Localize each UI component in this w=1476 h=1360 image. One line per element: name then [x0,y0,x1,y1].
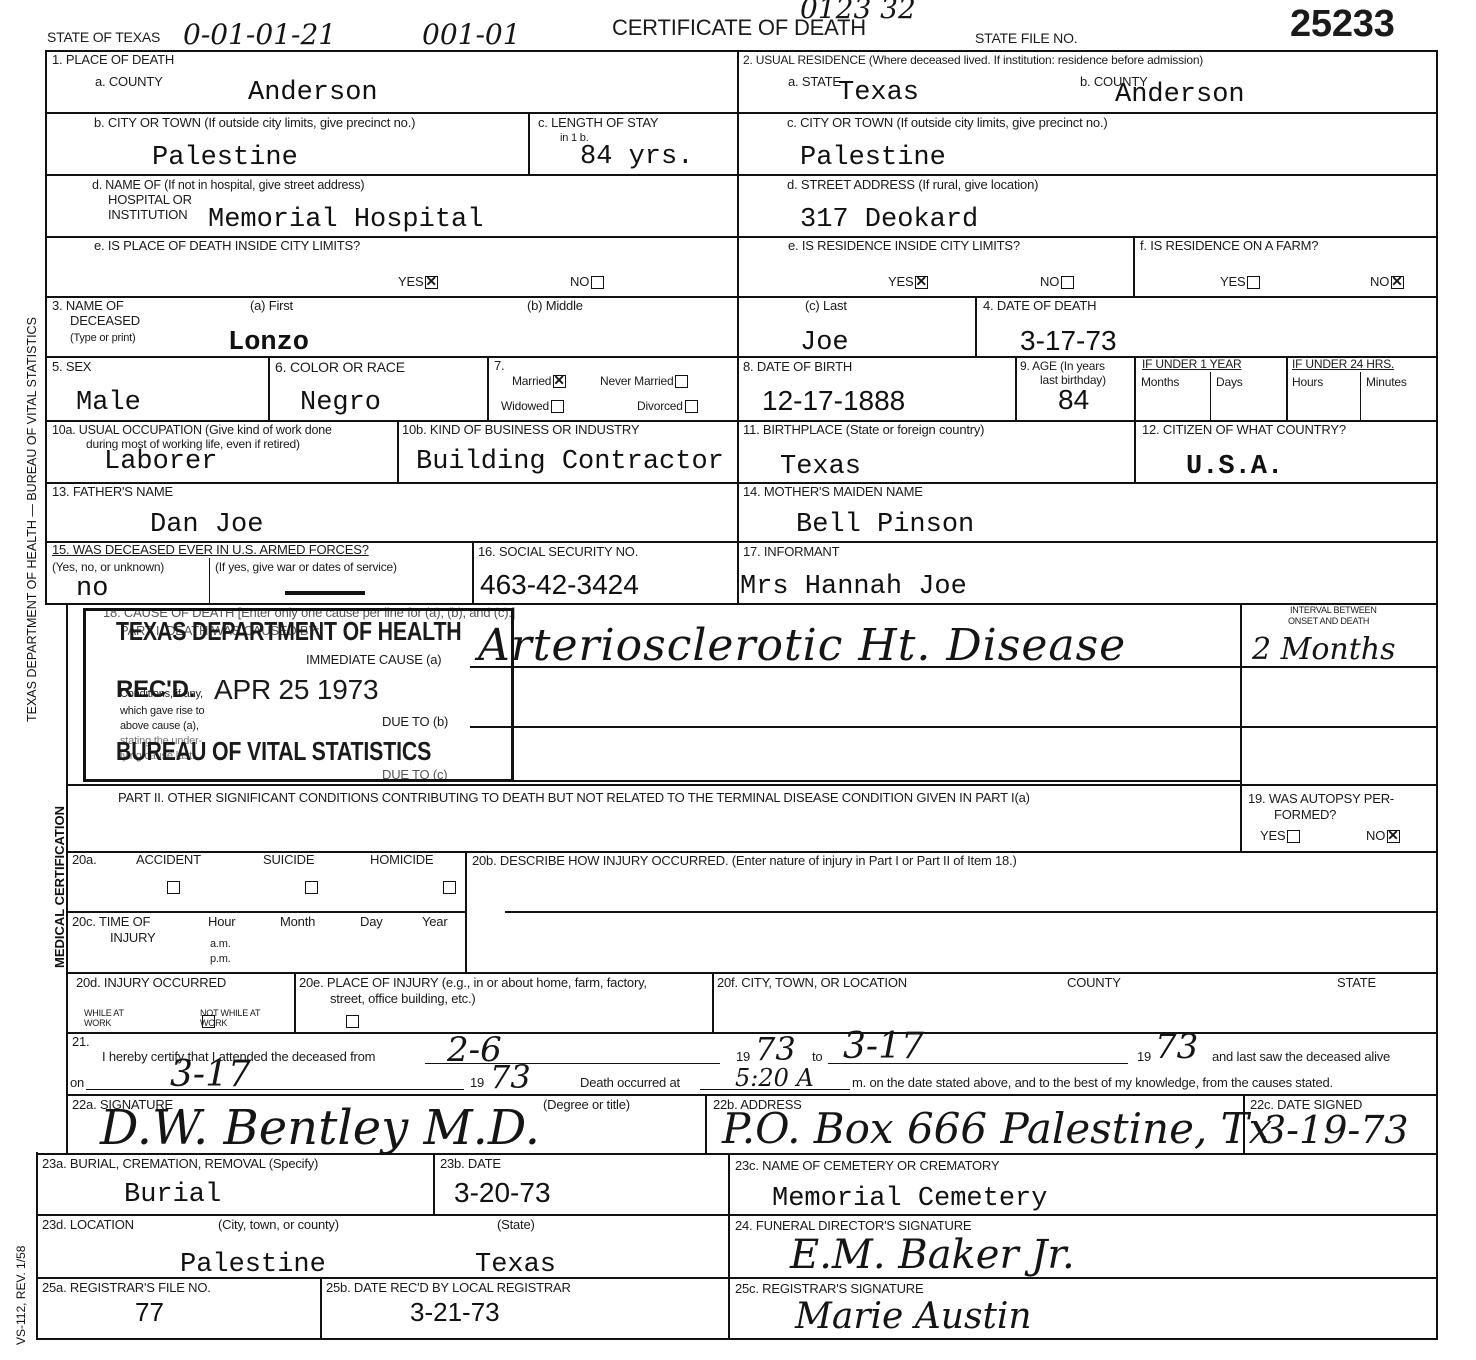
attended-to-year: 73 [1155,1027,1198,1067]
injury-occurred-label: 20d. INJURY OCCURRED [76,976,226,990]
injury-location-label: 20f. CITY, TOWN, OR LOCATION [717,976,907,990]
funeral-director-label: 24. FUNERAL DIRECTOR'S SIGNATURE [735,1219,971,1233]
divorced-option[interactable]: Divorced [637,400,698,413]
injury-county-label: COUNTY [1067,976,1121,990]
never-married-label: Never Married [600,374,673,388]
no-label: NO [1040,274,1059,289]
registrar-file-label: 25a. REGISTRAR'S FILE NO. [42,1281,211,1295]
birthplace-value: Texas [780,452,861,482]
dob-value: 12-17-1888 [762,386,905,416]
age-value: 84 [1058,385,1089,415]
funeral-director-signature: E.M. Baker Jr. [790,1232,1075,1278]
registrar-file-value: 77 [135,1297,164,1327]
mother-value: Bell Pinson [796,510,974,540]
homicide-checkbox[interactable] [443,881,456,894]
service-dash [285,591,365,595]
part2-label: PART II. OTHER SIGNIFICANT CONDITIONS CO… [118,791,1030,805]
rule [705,1094,707,1154]
rule [470,780,1240,782]
res-city-value: Palestine [800,143,946,173]
married-label: Married [512,374,551,388]
degree-label: (Degree or title) [543,1098,630,1112]
form-number: VS-112, REV. 1/58 [14,1246,28,1345]
frame-left-lower [36,1152,38,1338]
death-inside-yes[interactable]: YES [398,275,438,289]
rule [1210,372,1211,420]
homicide-label: HOMICIDE [370,853,433,867]
widowed-option[interactable]: Widowed [501,400,564,413]
father-label: 13. FATHER'S NAME [52,485,173,499]
stamp-department: TEXAS DEPARTMENT OF HEALTH [116,617,462,645]
ssn-label: 16. SOCIAL SECURITY NO. [478,545,638,559]
checkbox-empty[interactable] [551,400,564,413]
citizen-value: U.S.A. [1186,452,1283,482]
rule [86,1089,464,1090]
describe-injury-label: 20b. DESCRIBE HOW INJURY OCCURRED. (Ente… [472,854,1017,868]
father-value: Dan Joe [150,510,263,540]
armed-sub-1: (Yes, no, or unknown) [52,561,164,573]
sex-label: 5. SEX [52,360,91,374]
armed-forces-label: 15. WAS DECEASED EVER IN U.S. ARMED FORC… [52,543,369,557]
year-label: Year [422,915,447,929]
rule [397,420,399,482]
place-of-injury-label-2: street, office building, etc.) [330,992,476,1006]
autopsy-yes[interactable]: YES [1260,829,1300,843]
rule [728,1153,730,1338]
checkbox-checked[interactable] [425,276,438,289]
death-inside-limits-label: e. IS PLACE OF DEATH INSIDE CITY LIMITS? [94,239,360,253]
date-of-death-value: 3-17-73 [1020,326,1117,356]
res-inside-limits-label: e. IS RESIDENCE INSIDE CITY LIMITS? [788,239,1020,253]
rule [975,296,977,356]
under-year-label: IF UNDER 1 YEAR [1142,358,1241,370]
res-state-label: a. STATE [788,75,841,89]
checkbox-empty[interactable] [1061,276,1074,289]
autopsy-label: 19. WAS AUTOPSY PER- [1248,792,1394,806]
frame-left-medical [66,605,68,1155]
physician-address: P.O. Box 666 Palestine, Tx [722,1104,1272,1153]
place-of-injury-label: 20e. PLACE OF INJURY (e.g., in or about … [299,976,647,990]
checkbox-empty[interactable] [675,375,688,388]
checkbox-empty[interactable] [685,400,698,413]
hospital-value: Memorial Hospital [208,205,483,235]
res-city-label: c. CITY OR TOWN (If outside city limits,… [787,116,1108,130]
checkbox-checked[interactable] [1391,276,1404,289]
rule [45,174,1438,176]
dob-label: 8. DATE OF BIRTH [743,360,852,374]
marital-label: 7. [494,359,504,373]
hours-label: Hours [1292,376,1323,388]
under-24-label: IF UNDER 24 HRS. [1292,358,1394,370]
race-label: 6. COLOR OR RACE [275,360,405,374]
length-of-stay-label: c. LENGTH OF STAY [538,116,658,130]
frame-right [1436,50,1438,1340]
cemetery-value: Memorial Cemetery [772,1184,1047,1214]
place-of-death-label: 1. PLACE OF DEATH [52,53,174,67]
am-label: a.m. [210,938,231,950]
frame-bottom [36,1338,1438,1340]
death-time: 5:20 A [735,1064,814,1092]
interval-label-1: INTERVAL BETWEEN [1290,605,1377,615]
immediate-cause-value: Arteriosclerotic Ht. Disease [478,620,1126,671]
death-inside-no[interactable]: NO [570,275,604,289]
rule [737,296,739,356]
not-while-at-work-checkbox[interactable] [346,1015,359,1028]
age-label: 9. AGE (In years [1020,360,1105,372]
rule [433,1153,435,1215]
registrar-signature: Marie Austin [795,1296,1032,1337]
rule [1360,372,1361,420]
pm-label: p.m. [210,953,231,965]
location-state-label: (State) [497,1218,535,1232]
res-inside-yes[interactable]: YES [888,275,928,289]
stamp-received-date: APR 25 1973 [214,675,378,705]
stamp-bureau: BUREAU OF VITAL STATISTICS [116,737,431,765]
death-time-suffix-text: m. on the date stated above, and to the … [852,1076,1333,1090]
business-label: 10b. KIND OF BUSINESS OR INDUSTRY [402,423,639,437]
rule [209,558,210,605]
business-value: Building Contractor [416,447,724,477]
death-occurred-label: Death occurred at [580,1076,680,1090]
race-value: Negro [300,388,381,418]
accident-label: ACCIDENT [136,853,201,867]
frame-top [45,50,1438,52]
frame-left-upper [45,50,47,605]
location-state-value: Texas [475,1250,556,1280]
month-label: Month [280,915,315,929]
married-option[interactable]: Married [512,375,566,388]
stamp-received-prefix: REC'D. [116,677,195,703]
rule [1133,236,1135,296]
hospital-label: d. NAME OF (If not in hospital, give str… [92,178,364,192]
days-label: Days [1216,376,1243,388]
last-name-value: Joe [800,328,849,358]
day-label: Day [360,915,383,929]
label-21: 21. [72,1035,89,1049]
suicide-label: SUICIDE [263,853,314,867]
checkbox-checked[interactable] [553,375,566,388]
date-signed-value: 3-19-73 [1262,1108,1409,1152]
checkbox-checked[interactable] [1387,830,1400,843]
rule [1134,420,1136,482]
middle-name-label: (b) Middle [527,299,583,313]
informant-label: 17. INFORMANT [743,545,839,559]
checkbox-checked[interactable] [915,276,928,289]
rule [470,726,1240,728]
yes-label: YES [1260,828,1285,843]
physician-signature: D.W. Bentley M.D. [100,1100,540,1156]
rule [36,1277,1438,1279]
yes-label: YES [888,274,913,289]
rule [712,972,714,1032]
occupation-label: 10a. USUAL OCCUPATION (Give kind of work… [52,423,332,437]
death-city-label: b. CITY OR TOWN (If outside city limits,… [94,116,415,130]
last-saw-text: and last saw the deceased alive [1212,1050,1390,1064]
farm-label: f. IS RESIDENCE ON A FARM? [1140,239,1318,253]
death-county-value: Anderson [248,78,378,108]
rule [487,356,489,420]
rule [66,784,1436,786]
citizen-label: 12. CITIZEN OF WHAT COUNTRY? [1142,423,1346,437]
checkbox-empty[interactable] [1247,276,1260,289]
rule [45,112,1438,114]
date-of-death-label: 4. DATE OF DEATH [983,299,1096,313]
side-label-department: TEXAS DEPARTMENT OF HEALTH — BUREAU OF V… [25,317,39,722]
state-of-texas-label: STATE OF TEXAS [47,30,160,44]
not-while-at-work-option[interactable]: NOT WHILE AT WORK [200,1008,264,1028]
last-name-label: (c) Last [805,299,847,313]
ssn-value: 463-42-3424 [480,570,639,600]
length-of-stay-value: 84 yrs. [580,142,693,172]
autopsy-label-2: FORMED? [1274,808,1336,822]
rule [66,972,1436,974]
burial-date-label: 23b. DATE [440,1157,501,1171]
last-seen-date: 3-17 [170,1054,251,1095]
name-label-2: DECEASED [70,314,140,328]
informant-value: Mrs Hannah Joe [740,572,967,602]
no-label: NO [1366,828,1385,843]
name-label: 3. NAME OF [52,299,124,313]
rule [1240,726,1436,728]
received-stamp: TEXAS DEPARTMENT OF HEALTH REC'D. APR 25… [83,608,514,782]
location-city-label: (City, town, or county) [218,1218,339,1232]
street-address-label: d. STREET ADDRESS (If rural, give locati… [787,178,1038,192]
while-at-work-option[interactable]: WHILE AT WORK [84,1008,144,1028]
year-prefix-1: 19 [736,1050,750,1064]
last-seen-year: 73 [490,1058,531,1096]
rule [320,1277,322,1338]
street-address-value: 317 Deokard [800,205,978,235]
checkbox-empty[interactable] [591,276,604,289]
rule [1240,603,1242,853]
accident-checkbox[interactable] [167,881,180,894]
farm-yes[interactable]: YES [1220,275,1260,289]
location-label: 23d. LOCATION [42,1218,134,1232]
attended-to-date: 3-17 [843,1026,924,1067]
yes-label: YES [1220,274,1245,289]
on-label: on [70,1076,84,1090]
armed-sub-2: (If yes, give war or dates of service) [215,561,397,573]
not-while-at-work-label: NOT WHILE AT WORK [200,1008,260,1028]
attended-from-year: 73 [755,1030,796,1068]
res-county-value: Anderson [1115,80,1245,110]
handwritten-code-1: 0-01-01-21 [183,18,336,51]
mother-label: 14. MOTHER'S MAIDEN NAME [743,485,923,499]
interval-value: 2 Months [1252,632,1396,667]
rule [1286,356,1288,420]
farm-no[interactable]: NO [1370,275,1404,289]
handwritten-code-2: 001-01 [422,18,521,51]
to-label: to [812,1050,822,1064]
burial-date-value: 3-20-73 [454,1178,551,1208]
rule [66,911,466,913]
rule [66,1094,1436,1096]
hospital-label-3: INSTITUTION [108,208,187,222]
time-of-injury-label: 20c. TIME OF [72,915,150,929]
rule [36,1214,1438,1216]
registrar-signature-label: 25c. REGISTRAR'S SIGNATURE [735,1282,923,1296]
rule [505,911,1436,913]
hour-label: Hour [208,915,235,929]
res-inside-no[interactable]: NO [1040,275,1074,289]
rule [1243,1094,1245,1154]
autopsy-no[interactable]: NO [1366,829,1400,843]
time-of-injury-label-2: INJURY [110,931,156,945]
county-label: a. COUNTY [95,75,163,89]
rule [1134,356,1136,420]
hospital-label-2: HOSPITAL OR [108,193,192,207]
months-label: Months [1141,376,1179,388]
rule [528,112,530,174]
rule [472,541,474,605]
widowed-label: Widowed [501,399,549,413]
rule [1240,666,1436,668]
no-label: NO [570,274,589,289]
handwritten-over-title: 0123 32 [800,0,916,25]
res-state-value: Texas [838,78,919,108]
date-received-label: 25b. DATE REC'D BY LOCAL REGISTRAR [326,1281,571,1295]
rule [36,1153,1438,1155]
minutes-label: Minutes [1366,376,1407,388]
label-20a: 20a. [72,853,97,867]
death-city-value: Palestine [152,143,298,173]
first-name-value: Lonzo [228,328,309,358]
no-label: NO [1370,274,1389,289]
rule [294,972,296,1032]
location-city-value: Palestine [180,1250,326,1280]
injury-state-label: STATE [1337,976,1376,990]
year-prefix-3: 19 [470,1076,484,1090]
state-file-label: STATE FILE NO. [975,31,1077,45]
never-married-option[interactable]: Never Married [600,375,688,388]
side-label-medical-certification: MEDICAL CERTIFICATION [52,806,67,968]
date-received-value: 3-21-73 [410,1297,500,1327]
rule [1015,356,1017,420]
usual-residence-label: 2. USUAL RESIDENCE (Where deceased lived… [743,54,1203,66]
first-name-label: (a) First [250,299,293,313]
year-prefix-2: 19 [1137,1050,1151,1064]
rule [268,356,270,420]
armed-value: no [76,574,108,604]
name-label-3: (Type or print) [70,332,135,344]
interval-label-2: ONSET AND DEATH [1288,616,1369,626]
state-file-number: 25233 [1290,4,1395,44]
yes-label: YES [398,274,423,289]
sex-value: Male [76,388,141,418]
birthplace-label: 11. BIRTHPLACE (State or foreign country… [743,423,984,437]
burial-label: 23a. BURIAL, CREMATION, REMOVAL (Specify… [42,1157,318,1171]
burial-value: Burial [124,1180,221,1210]
rule [66,1032,1436,1034]
occupation-value: Laborer [104,447,217,477]
while-at-work-label: WHILE AT WORK [84,1008,124,1028]
suicide-checkbox[interactable] [305,881,318,894]
checkbox-empty[interactable] [1287,830,1300,843]
cemetery-label: 23c. NAME OF CEMETERY OR CREMATORY [735,1159,999,1173]
divorced-label: Divorced [637,399,683,413]
rule [45,482,1438,484]
